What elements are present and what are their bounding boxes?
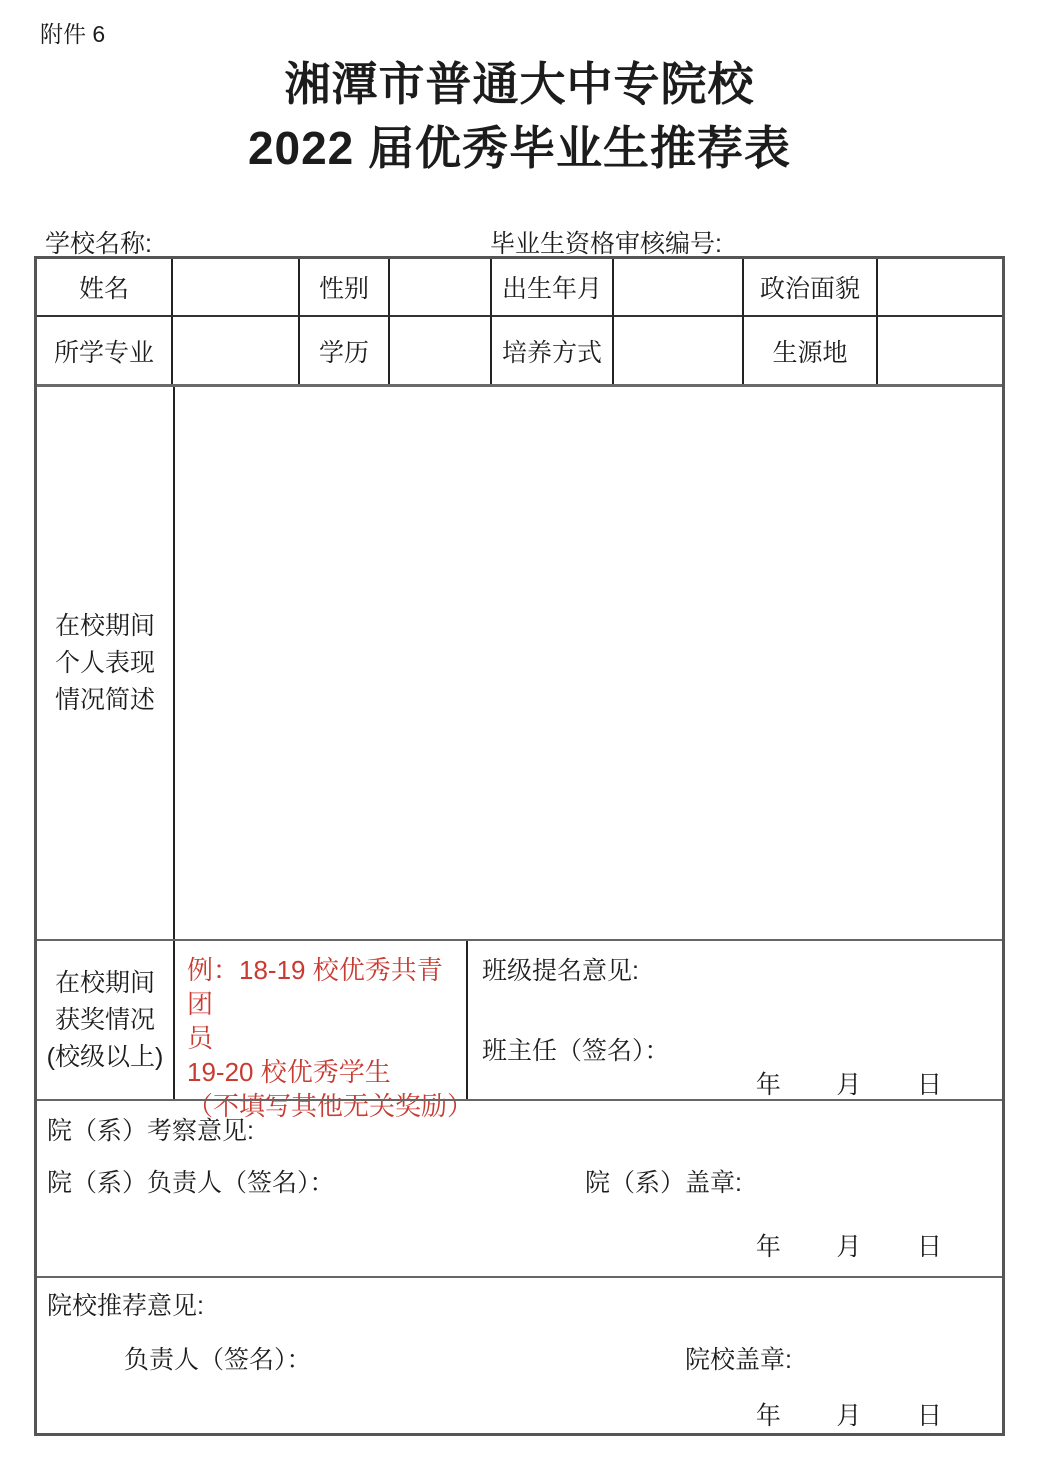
birthdate-value-cell[interactable] [614,259,744,317]
basic-info-grid: 姓名 性别 出生年月 政治面貌 所学专业 学历 培养方式 生源地 [37,259,1002,384]
political-status-value-cell[interactable] [878,259,1002,317]
dept-head-sign-label: 院（系）负责人（签名）： [47,1163,335,1199]
form-title-line1: 湘潭市普通大中专院校 [34,52,1005,116]
performance-input-area[interactable] [175,387,1002,939]
education-value-cell[interactable] [390,317,492,384]
audit-number-label: 毕业生资格审核编号: [490,224,722,260]
awards-label-line1: 在校期间 [55,965,155,1002]
awards-example-line2: 员 [187,1021,462,1055]
recommendation-table: 姓名 性别 出生年月 政治面貌 所学专业 学历 培养方式 生源地 在校期间 个人… [34,256,1005,1436]
origin-place-label: 生源地 [744,317,878,384]
training-mode-value-cell[interactable] [614,317,744,384]
performance-label-line2: 个人表现 [55,645,155,682]
gender-value-cell[interactable] [390,259,492,317]
form-meta-row: 学校名称: 毕业生资格审核编号: [34,224,1005,256]
awards-example-line3: 19-20 校优秀学生 [187,1055,462,1089]
form-title-line2: 2022 届优秀毕业生推荐表 [34,116,1005,180]
class-opinion-title: 班级提名意见: [482,951,639,987]
training-mode-label: 培养方式 [492,317,614,384]
form-title: 湘潭市普通大中专院校 2022 届优秀毕业生推荐表 [34,52,1005,180]
name-value-cell[interactable] [173,259,300,317]
class-teacher-sign-label: 班主任（签名）： [482,1031,670,1067]
awards-row: 在校期间 获奖情况 (校级以上) 例：18-19 校优秀共青团 员 19-20 … [37,939,1002,1099]
awards-label: 在校期间 获奖情况 (校级以上) [37,941,175,1099]
major-value-cell[interactable] [173,317,300,384]
audit-number-value[interactable] [724,224,994,254]
school-opinion-title: 院校推荐意见: [47,1286,204,1322]
dept-opinion-title: 院（系）考察意见: [47,1111,254,1147]
school-opinion-section[interactable]: 院校推荐意见: 负责人（签名）： 院校盖章: 年 月 日 [37,1276,1002,1433]
performance-label: 在校期间 个人表现 情况简述 [37,387,175,939]
performance-label-line1: 在校期间 [55,608,155,645]
dept-seal-label: 院（系）盖章: [585,1163,742,1199]
school-opinion-date: 年 月 日 [756,1396,942,1432]
awards-example-line1: 例：18-19 校优秀共青团 [187,953,462,1021]
major-label: 所学专业 [37,317,173,384]
awards-label-line3: (校级以上) [47,1039,164,1076]
attachment-label: 附件 6 [40,16,105,49]
school-seal-label: 院校盖章: [685,1340,792,1376]
education-label: 学历 [300,317,390,384]
dept-opinion-date: 年 月 日 [756,1227,942,1263]
performance-row: 在校期间 个人表现 情况简述 [37,384,1002,939]
origin-place-value-cell[interactable] [878,317,1002,384]
awards-label-line2: 获奖情况 [55,1002,155,1039]
school-head-sign-label: 负责人（签名）： [124,1340,312,1376]
gender-label: 性别 [300,259,390,317]
class-opinion-date: 年 月 日 [756,1065,942,1101]
name-label: 姓名 [37,259,173,317]
class-opinion-cell[interactable]: 班级提名意见: 班主任（签名）： 年 月 日 [468,941,1002,1099]
political-status-label: 政治面貌 [744,259,878,317]
school-name-value[interactable] [194,224,474,254]
performance-label-line3: 情况简述 [55,682,155,719]
recommendation-form-page: 附件 6 湘潭市普通大中专院校 2022 届优秀毕业生推荐表 学校名称: 毕业生… [0,0,1059,1464]
dept-opinion-section[interactable]: 院（系）考察意见: 院（系）负责人（签名）： 院（系）盖章: 年 月 日 [37,1099,1002,1276]
birthdate-label: 出生年月 [492,259,614,317]
awards-example-input-area[interactable]: 例：18-19 校优秀共青团 员 19-20 校优秀学生 （不填写其他无关奖励） [175,941,468,1099]
school-name-label: 学校名称: [45,224,152,260]
